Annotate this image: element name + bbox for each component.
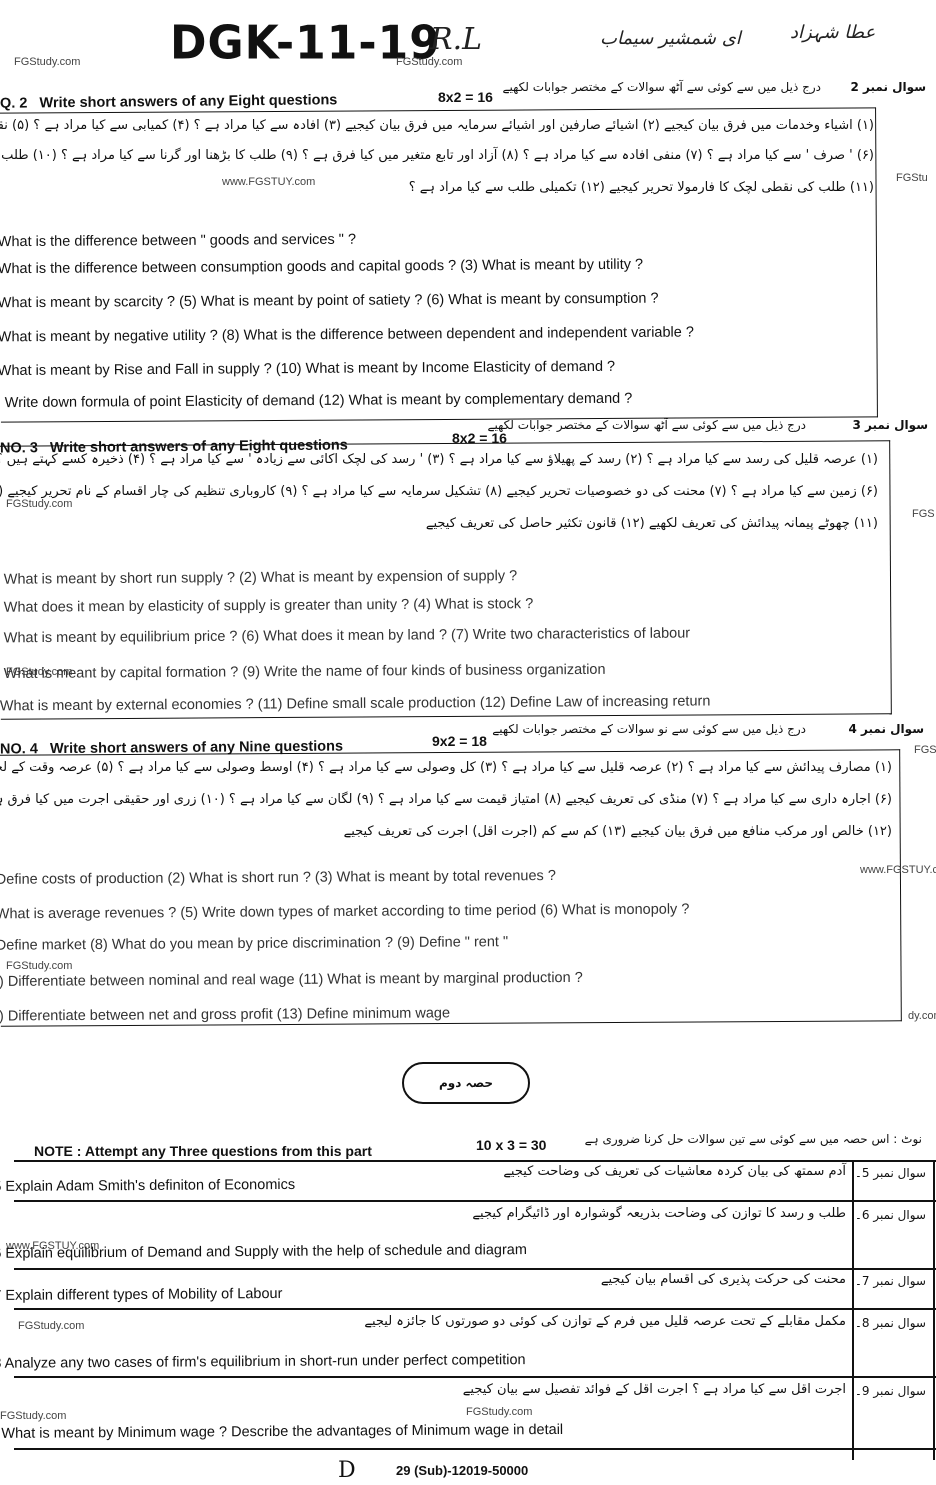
- q2-urdu-title: درج ذیل میں سے کوئی سے آٹھ سوالات کے مخت…: [503, 80, 822, 94]
- footer-code: 29 (Sub)-12019-50000: [396, 1463, 528, 1478]
- watermark: FGStudy.com: [6, 498, 72, 510]
- q2-number: Q. 2: [0, 95, 27, 111]
- part2-urdu-note: نوٹ : اس حصہ میں سے کوئی سے تین سوالات ح…: [585, 1132, 922, 1146]
- q7-english: Q.7 Explain different types of Mobility …: [0, 1286, 282, 1304]
- q4-urdu-line: (۱) مصارف پیدائش سے کیا مراد ہے ؟ (۲) عر…: [0, 760, 892, 775]
- q6-urdu: طلب و رسد کا توازن کی وضاحت بذریعہ گوشوا…: [472, 1206, 846, 1221]
- q9-english: Q.9 What is meant by Minimum wage ? Desc…: [0, 1422, 563, 1442]
- q4-urdu-line: (۶) اجارہ داری سے کیا مراد ہے ؟ (۷) منڈی…: [0, 792, 892, 807]
- q3-urdu-number: سوال نمبر 3: [853, 418, 928, 432]
- q6-label: سوال نمبر 6۔: [855, 1208, 926, 1222]
- q7-urdu: محنت کی حرکت پذیری کی اقسام بیان کیجیے: [601, 1272, 846, 1287]
- q8-english: Q.8 Analyze any two cases of firm's equi…: [0, 1352, 526, 1372]
- q4-marks: 9x2 = 18: [432, 733, 487, 749]
- q2-urdu-line: (۱۱) طلب کی نقطی لچک کا فارمولا تحریر کی…: [409, 180, 874, 195]
- q3-urdu-line: (۶) زمین سے کیا مراد ہے ؟ (۷) محنت کی دو…: [0, 484, 878, 499]
- signature: R.L: [430, 22, 482, 57]
- note-label: NOTE :: [34, 1143, 81, 1159]
- table-divider: [14, 1268, 936, 1270]
- table-border: [933, 1160, 935, 1460]
- q7-label: سوال نمبر 7۔: [855, 1274, 926, 1288]
- signature: ای شمشیر سیماب: [600, 28, 741, 49]
- watermark: FGStudy.com: [14, 56, 80, 68]
- signature: عطا شہزاد: [790, 22, 875, 43]
- q4-urdu-number: سوال نمبر 4: [849, 722, 924, 736]
- note-text: Attempt any Three questions from this pa…: [85, 1143, 372, 1159]
- q5-english: Q.5 Explain Adam Smith's definiton of Ec…: [0, 1177, 295, 1195]
- watermark: FGStudy.com: [0, 1410, 66, 1422]
- q4-english-line: (12) Differentiate between net and gross…: [0, 1005, 450, 1024]
- q2-english-line: (1) What is the difference between " goo…: [0, 232, 356, 251]
- table-divider: [14, 1160, 936, 1162]
- q4-urdu-line: (۱۲) خالص اور مرکب منافع میں فرق بیان کی…: [344, 824, 892, 839]
- q8-urdu: مکمل مقابلے کے تحت عرصہ قلیل میں فرم کے …: [364, 1314, 846, 1329]
- table-divider: [14, 1308, 936, 1310]
- watermark: FGStu: [896, 172, 928, 184]
- watermark: FGStudy.com: [6, 960, 72, 972]
- part2-note: NOTE : Attempt any Three questions from …: [34, 1143, 372, 1159]
- q2-urdu-number: سوال نمبر 2: [851, 80, 926, 94]
- watermark: dy.com: [908, 1010, 936, 1022]
- q6-english: Q.6 Explain equilibrium of Demand and Su…: [0, 1242, 527, 1262]
- table-divider: [14, 1200, 936, 1202]
- q2-marks: 8x2 = 16: [438, 89, 493, 105]
- q9-label: سوال نمبر 9۔: [855, 1384, 926, 1398]
- q3-urdu-line: (۱) عرصہ قلیل کی رسد سے کیا مراد ہے ؟ (۲…: [0, 452, 878, 467]
- watermark: www.FGSTUY.com: [222, 176, 315, 188]
- q3-urdu-title: درج ذیل میں سے کوئی سے آٹھ سوالات کے مخت…: [488, 418, 807, 432]
- watermark: FGS: [912, 508, 935, 520]
- q2-urdu-line: (۱) اشیاء وخدمات میں فرق بیان کیجیے (۲) …: [0, 118, 874, 133]
- watermark: FGStudy.com: [18, 1320, 84, 1332]
- footer-mark: D: [338, 1458, 356, 1483]
- watermark: www.FGSTUY.com: [860, 864, 936, 876]
- q5-urdu: آدم سمتھ کی بیان کردہ معاشیات کی تعریف ک…: [503, 1164, 846, 1179]
- watermark: FGStudy.com: [466, 1406, 532, 1418]
- table-column-divider: [852, 1160, 854, 1460]
- watermark: FGStudy.com: [396, 56, 462, 68]
- q5-label: سوال نمبر 5۔: [855, 1166, 926, 1180]
- q2-title: Write short answers of any Eight questio…: [39, 92, 337, 111]
- q9-urdu: اجرت اقل سے کیا مراد ہے ؟ اجرت اقل کے فو…: [463, 1382, 846, 1397]
- q8-label: سوال نمبر 8۔: [855, 1316, 926, 1330]
- table-divider: [14, 1376, 936, 1378]
- q3-urdu-line: (۱۱) چھوٹے پیمانہ پیدائش کی تعریف لکھیے …: [426, 516, 878, 531]
- q2-heading: Q. 2 Write short answers of any Eight qu…: [0, 92, 337, 112]
- q2-urdu-line: (۶) ' صرف ' سے کیا مراد ہے ؟ (۷) منفی اف…: [0, 148, 874, 163]
- part-two-label: حصہ دوم: [402, 1062, 530, 1104]
- watermark: FGS: [914, 744, 936, 756]
- table-divider: [14, 1448, 936, 1450]
- part2-marks: 10 x 3 = 30: [476, 1137, 546, 1153]
- q4-urdu-title: درج ذیل میں سے کوئی سے نو سوالات کے مختص…: [492, 722, 806, 736]
